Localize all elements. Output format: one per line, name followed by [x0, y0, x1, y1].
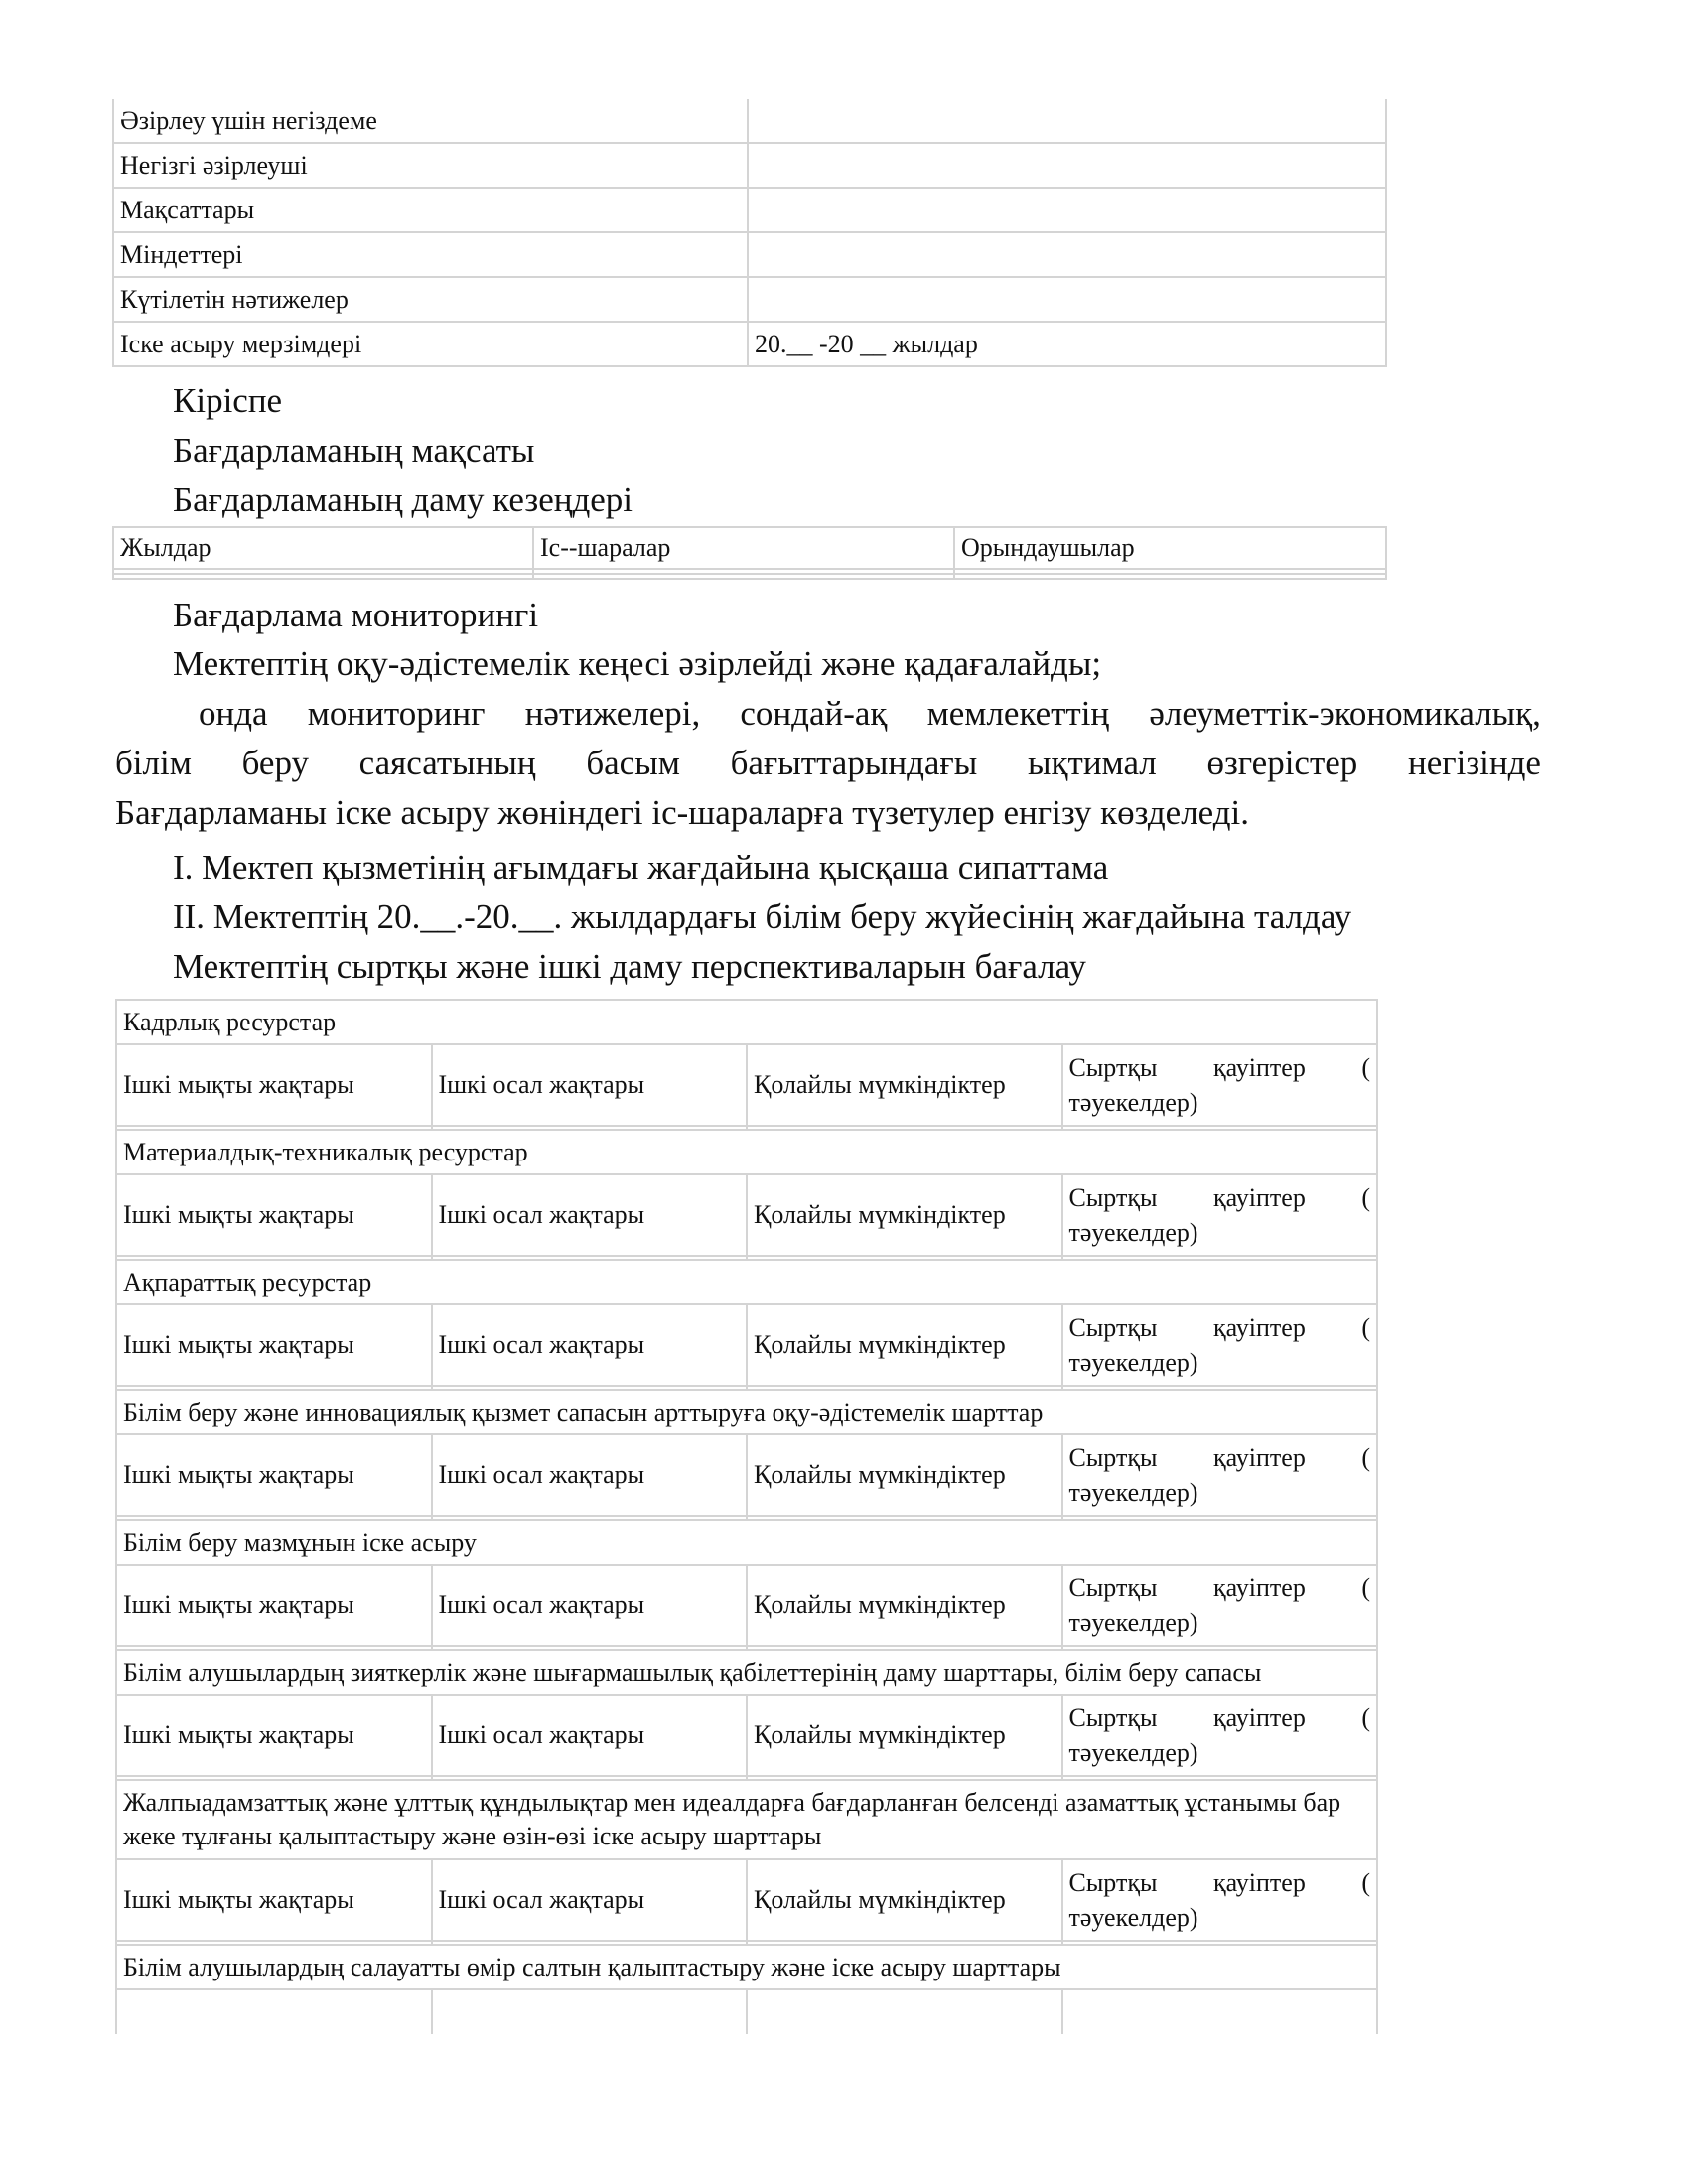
swot-weaknesses-cell: Ішкі осал жақтары: [432, 1044, 748, 1126]
word: (: [1361, 1310, 1370, 1345]
table-row: Күтілетін нәтижелер: [113, 277, 1386, 322]
table-header-row: Жылдар Іс--шаралар Орындаушылар: [113, 527, 1386, 569]
table-row: Міндеттері: [113, 232, 1386, 277]
swot-group-title: Кадрлық ресурстар: [116, 1000, 1377, 1044]
table-cell[interactable]: [954, 574, 1386, 579]
table-cell[interactable]: [1062, 1989, 1378, 2034]
word: (: [1361, 1180, 1370, 1215]
swot-strengths-cell: Ішкі мықты жақтары: [116, 1434, 432, 1516]
passport-label: Негізгі әзірлеуші: [113, 143, 748, 188]
word: мониторинг: [308, 689, 486, 739]
word: қауіптер: [1213, 1310, 1306, 1345]
paragraph-text: ондамониторингнәтижелері,сондай-ақмемлек…: [199, 689, 1541, 739]
swot-threats-cell: Сыртқықауіптер(тәуекелдер): [1062, 1565, 1378, 1646]
swot-threats-cell: Сыртқықауіптер(тәуекелдер): [1062, 1434, 1378, 1516]
swot-weaknesses-cell: Ішкі осал жақтары: [432, 1859, 748, 1941]
section-1-title: I. Мектеп қызметінің ағымдағы жағдайына …: [173, 846, 1108, 889]
threats-label-line1: Сыртқықауіптер(: [1069, 1440, 1371, 1475]
swot-group-header-row: Білім алушылардың зияткерлік және шығарм…: [116, 1650, 1377, 1695]
heading-program-stages: Бағдарламаның даму кезеңдері: [173, 478, 633, 522]
word: бағыттарындағы: [731, 739, 978, 788]
heading-program-goal: Бағдарламаның мақсаты: [173, 429, 534, 473]
swot-criteria-row: Ішкі мықты жақтарыІшкі осал жақтарыҚолай…: [116, 1044, 1377, 1126]
swot-group-title: Жалпыадамзаттық және ұлттық құндылықтар …: [116, 1780, 1377, 1859]
heading-monitoring: Бағдарлама мониторингі: [173, 594, 538, 637]
program-stages-table: Жылдар Іс--шаралар Орындаушылар: [112, 526, 1387, 580]
swot-group-header-row: Білім беру мазмұнын іске асыру: [116, 1520, 1377, 1565]
swot-rows: Кадрлық ресурстарІшкі мықты жақтарыІшкі …: [116, 1000, 1377, 2034]
word: онда: [199, 689, 268, 739]
word: (: [1361, 1865, 1370, 1900]
monitoring-paragraph: Мектептің оқу-әдістемелік кеңесі әзірлей…: [115, 639, 1541, 838]
table-row: Іске асыру мерзімдері 20.__ -20 __ жылда…: [113, 322, 1386, 366]
word: қауіптер: [1213, 1701, 1306, 1735]
swot-group-title: Білім беру мазмұнын іске асыру: [116, 1520, 1377, 1565]
swot-opportunities-cell: Қолайлы мүмкіндіктер: [747, 1695, 1062, 1776]
section-3-title: Мектептің сыртқы және ішкі даму перспект…: [173, 945, 1086, 989]
word: (: [1361, 1570, 1370, 1605]
threats-label-line1: Сыртқықауіптер(: [1069, 1570, 1371, 1605]
threats-label-line2: тәуекелдер): [1069, 1475, 1371, 1510]
swot-threats-cell: Сыртқықауіптер(тәуекелдер): [1062, 1174, 1378, 1256]
swot-strengths-cell: Ішкі мықты жақтары: [116, 1044, 432, 1126]
swot-group-header-row: Материалдық-техникалық ресурстар: [116, 1130, 1377, 1174]
swot-group-title: Білім алушылардың зияткерлік және шығарм…: [116, 1650, 1377, 1695]
swot-group-header-row: Ақпараттық ресурстар: [116, 1260, 1377, 1304]
swot-threats-cell: Сыртқықауіптер(тәуекелдер): [1062, 1695, 1378, 1776]
passport-value[interactable]: [748, 232, 1386, 277]
section-2-title: II. Мектептің 20.__.-20.__. жылдардағы б…: [173, 895, 1351, 939]
heading-intro: Кіріспе: [173, 379, 282, 423]
swot-weaknesses-cell: Ішкі осал жақтары: [432, 1695, 748, 1776]
word: басым: [586, 739, 680, 788]
word: Сыртқы: [1069, 1701, 1158, 1735]
word: (: [1361, 1050, 1370, 1085]
passport-label: Әзірлеу үшін негіздеме: [113, 99, 748, 143]
swot-criteria-row: [116, 1989, 1377, 2034]
word: Сыртқы: [1069, 1050, 1158, 1085]
word: (: [1361, 1440, 1370, 1475]
column-header-years: Жылдар: [113, 527, 533, 569]
word: білім: [115, 739, 192, 788]
swot-analysis-table: Кадрлық ресурстарІшкі мықты жақтарыІшкі …: [115, 999, 1378, 2034]
column-header-activities: Іс--шаралар: [533, 527, 954, 569]
swot-group-title: Білім алушылардың салауатты өмір салтын …: [116, 1945, 1377, 1989]
swot-criteria-row: Ішкі мықты жақтарыІшкі осал жақтарыҚолай…: [116, 1859, 1377, 1941]
word: қауіптер: [1213, 1180, 1306, 1215]
table-cell[interactable]: [432, 1989, 748, 2034]
passport-value[interactable]: [748, 188, 1386, 232]
swot-group-title: Ақпараттық ресурстар: [116, 1260, 1377, 1304]
table-row: Мақсаттары: [113, 188, 1386, 232]
threats-label-line2: тәуекелдер): [1069, 1735, 1371, 1770]
word: ықтимал: [1028, 739, 1157, 788]
word: қауіптер: [1213, 1440, 1306, 1475]
word: өзгерістер: [1206, 739, 1357, 788]
swot-criteria-row: Ішкі мықты жақтарыІшкі осал жақтарыҚолай…: [116, 1565, 1377, 1646]
swot-weaknesses-cell: Ішкі осал жақтары: [432, 1434, 748, 1516]
swot-group-header-row: Жалпыадамзаттық және ұлттық құндылықтар …: [116, 1780, 1377, 1859]
swot-strengths-cell: Ішкі мықты жақтары: [116, 1695, 432, 1776]
swot-opportunities-cell: Қолайлы мүмкіндіктер: [747, 1859, 1062, 1941]
swot-strengths-cell: Ішкі мықты жақтары: [116, 1859, 432, 1941]
word: Сыртқы: [1069, 1310, 1158, 1345]
table-cell[interactable]: [747, 1989, 1062, 2034]
passport-value[interactable]: [748, 277, 1386, 322]
paragraph-line: ондамониторингнәтижелері,сондай-ақмемлек…: [115, 689, 1541, 739]
swot-criteria-row: Ішкі мықты жақтарыІшкі осал жақтарыҚолай…: [116, 1304, 1377, 1386]
swot-weaknesses-cell: Ішкі осал жақтары: [432, 1304, 748, 1386]
table-row: Негізгі әзірлеуші: [113, 143, 1386, 188]
threats-label-line2: тәуекелдер): [1069, 1215, 1371, 1250]
table-row: [113, 574, 1386, 579]
word: қауіптер: [1213, 1570, 1306, 1605]
word: Сыртқы: [1069, 1570, 1158, 1605]
swot-opportunities-cell: Қолайлы мүмкіндіктер: [747, 1304, 1062, 1386]
swot-opportunities-cell: Қолайлы мүмкіндіктер: [747, 1565, 1062, 1646]
threats-label-line1: Сыртқықауіптер(: [1069, 1701, 1371, 1735]
passport-value[interactable]: 20.__ -20 __ жылдар: [748, 322, 1386, 366]
swot-group-header-row: Кадрлық ресурстар: [116, 1000, 1377, 1044]
swot-group-title: Білім беру және инновациялық қызмет сапа…: [116, 1390, 1377, 1434]
swot-weaknesses-cell: Ішкі осал жақтары: [432, 1565, 748, 1646]
passport-value[interactable]: [748, 143, 1386, 188]
swot-strengths-cell: Ішкі мықты жақтары: [116, 1304, 432, 1386]
passport-label: Іске асыру мерзімдері: [113, 322, 748, 366]
swot-opportunities-cell: Қолайлы мүмкіндіктер: [747, 1174, 1062, 1256]
word: сондай-ақ: [740, 689, 887, 739]
column-header-executors: Орындаушылар: [954, 527, 1386, 569]
passport-label: Мақсаттары: [113, 188, 748, 232]
threats-label-line2: тәуекелдер): [1069, 1085, 1371, 1120]
swot-strengths-cell: Ішкі мықты жақтары: [116, 1565, 432, 1646]
paragraph-line: Мектептің оқу-әдістемелік кеңесі әзірлей…: [115, 639, 1541, 689]
threats-label-line2: тәуекелдер): [1069, 1605, 1371, 1640]
swot-threats-cell: Сыртқықауіптер(тәуекелдер): [1062, 1304, 1378, 1386]
word: Сыртқы: [1069, 1865, 1158, 1900]
swot-opportunities-cell: Қолайлы мүмкіндіктер: [747, 1044, 1062, 1126]
threats-label-line2: тәуекелдер): [1069, 1900, 1371, 1935]
swot-threats-cell: Сыртқықауіптер(тәуекелдер): [1062, 1859, 1378, 1941]
swot-opportunities-cell: Қолайлы мүмкіндіктер: [747, 1434, 1062, 1516]
word: қауіптер: [1213, 1865, 1306, 1900]
word: (: [1361, 1701, 1370, 1735]
paragraph-line: Бағдарламаны іске асыру жөніндегі іс-шар…: [115, 788, 1541, 838]
word: Сыртқы: [1069, 1180, 1158, 1215]
passport-value[interactable]: [748, 99, 1386, 143]
threats-label-line1: Сыртқықауіптер(: [1069, 1050, 1371, 1085]
table-cell[interactable]: [533, 574, 954, 579]
passport-label: Күтілетін нәтижелер: [113, 277, 748, 322]
passport-label: Міндеттері: [113, 232, 748, 277]
threats-label-line1: Сыртқықауіптер(: [1069, 1310, 1371, 1345]
threats-label-line1: Сыртқықауіптер(: [1069, 1865, 1371, 1900]
word: мемлекеттің: [927, 689, 1110, 739]
word: саясатының: [359, 739, 536, 788]
word: негізінде: [1408, 739, 1541, 788]
word: қауіптер: [1213, 1050, 1306, 1085]
swot-group-header-row: Білім алушылардың салауатты өмір салтын …: [116, 1945, 1377, 1989]
table-cell[interactable]: [113, 574, 533, 579]
threats-label-line1: Сыртқықауіптер(: [1069, 1180, 1371, 1215]
swot-group-header-row: Білім беру және инновациялық қызмет сапа…: [116, 1390, 1377, 1434]
passport-rows: Әзірлеу үшін негіздеме Негізгі әзірлеуші…: [113, 99, 1386, 366]
swot-criteria-row: Ішкі мықты жақтарыІшкі осал жақтарыҚолай…: [116, 1695, 1377, 1776]
swot-criteria-row: Ішкі мықты жақтарыІшкі осал жақтарыҚолай…: [116, 1174, 1377, 1256]
swot-criteria-row: Ішкі мықты жақтарыІшкі осал жақтарыҚолай…: [116, 1434, 1377, 1516]
swot-threats-cell: Сыртқықауіптер(тәуекелдер): [1062, 1044, 1378, 1126]
program-passport-table: Әзірлеу үшін негіздеме Негізгі әзірлеуші…: [112, 99, 1387, 367]
word: беру: [242, 739, 309, 788]
table-cell[interactable]: [116, 1989, 432, 2034]
paragraph-line-justified: білім беру саясатының басым бағыттарында…: [115, 739, 1541, 788]
swot-group-title: Материалдық-техникалық ресурстар: [116, 1130, 1377, 1174]
word: нәтижелері,: [525, 689, 701, 739]
threats-label-line2: тәуекелдер): [1069, 1345, 1371, 1380]
word: әлеуметтік-экономикалық,: [1149, 689, 1541, 739]
word: Сыртқы: [1069, 1440, 1158, 1475]
swot-strengths-cell: Ішкі мықты жақтары: [116, 1174, 432, 1256]
table-row: Әзірлеу үшін негіздеме: [113, 99, 1386, 143]
swot-weaknesses-cell: Ішкі осал жақтары: [432, 1174, 748, 1256]
